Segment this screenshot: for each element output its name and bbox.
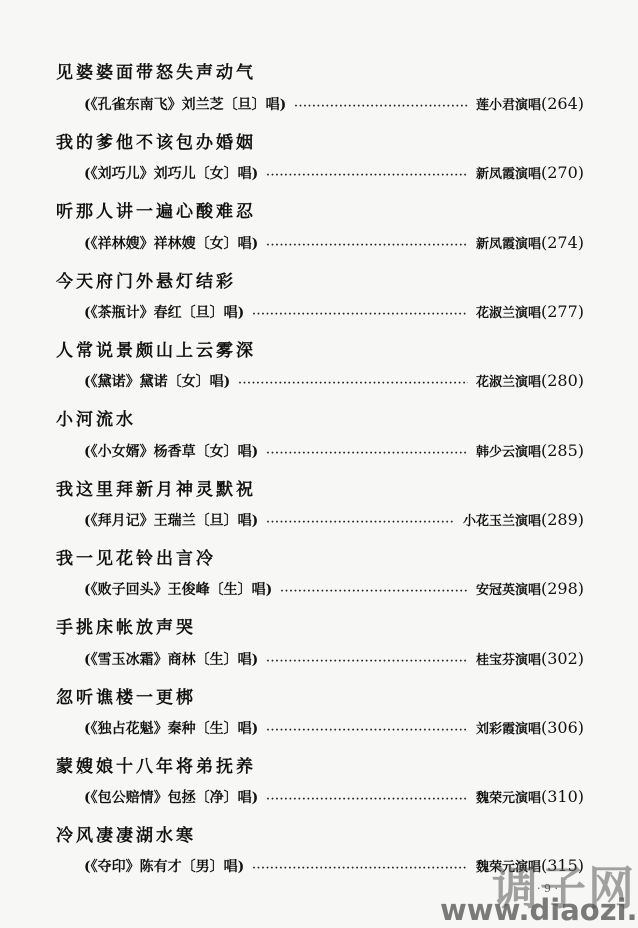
aria-source-line: (《茶瓶计》春红〔旦〕唱) 花淑兰演唱 (277) (84, 302, 584, 322)
opera-source: (《小女婿》杨香草〔女〕唱) (84, 441, 258, 461)
performer: 新凤霞演唱 (476, 233, 541, 252)
page-ref: (298) (541, 579, 584, 598)
performer: 桂宝芬演唱 (476, 649, 541, 668)
aria-title: 今天府门外悬灯结彩 (56, 267, 236, 292)
aria-source-line: (《孔雀东南飞》刘兰芝〔旦〕唱) 莲小君演唱 (264) (84, 94, 584, 114)
aria-title: 人常说景颇山上云雾深 (56, 336, 256, 361)
page-ref: (302) (541, 649, 584, 668)
aria-source-line: (《刘巧儿》刘巧儿〔女〕唱) 新凤霞演唱 (270) (84, 163, 584, 183)
performer: 小花玉兰演唱 (463, 510, 541, 529)
aria-source-line: (《败子回头》王俊峰〔生〕唱) 安冠英演唱 (298) (84, 579, 584, 599)
aria-source-line: (《雪玉冰霜》商林〔生〕唱) 桂宝芬演唱 (302) (84, 649, 584, 669)
leader-dots (266, 240, 468, 251)
page-ref: (289) (541, 510, 584, 529)
aria-title: 手挑床帐放声哭 (56, 613, 196, 638)
aria-title: 蒙嫂娘十八年将弟抚养 (56, 752, 256, 777)
aria-title: 听那人讲一遍心酸难忍 (56, 197, 256, 222)
aria-source-line: (《独占花魁》秦种〔生〕唱) 刘彩霞演唱 (306) (84, 718, 584, 738)
opera-source: (《夺印》陈有才〔男〕唱) (84, 856, 244, 876)
aria-source-line: (《拜月记》王瑞兰〔旦〕唱) 小花玉兰演唱 (289) (84, 510, 584, 530)
aria-source-line: (《小女婿》杨香草〔女〕唱) 韩少云演唱 (285) (84, 441, 584, 461)
performer: 韩少云演唱 (476, 441, 541, 460)
aria-title: 我这里拜新月神灵默祝 (56, 475, 256, 500)
leader-dots (266, 170, 468, 181)
aria-source-line: (《祥林嫂》祥林嫂〔女〕唱) 新凤霞演唱 (274) (84, 233, 584, 253)
page-ref: (310) (541, 787, 584, 806)
leader-dots (266, 794, 468, 805)
opera-source: (《败子回头》王俊峰〔生〕唱) (84, 579, 272, 599)
aria-title: 小河流水 (56, 405, 136, 430)
opera-source: (《祥林嫂》祥林嫂〔女〕唱) (84, 233, 258, 253)
toc-page: 见婆婆面带怒失声动气 (《孔雀东南飞》刘兰芝〔旦〕唱) 莲小君演唱 (264) … (0, 0, 638, 928)
performer: 安冠英演唱 (476, 579, 541, 598)
aria-title: 我一见花铃出言冷 (56, 544, 216, 569)
opera-source: (《黛诺》黛诺〔女〕唱) (84, 371, 230, 391)
leader-dots (238, 378, 468, 389)
aria-title: 见婆婆面带怒失声动气 (56, 58, 256, 83)
performer: 刘彩霞演唱 (476, 718, 541, 737)
page-ref: (277) (541, 302, 584, 321)
page-ref: (264) (541, 94, 584, 113)
performer: 魏荣元演唱 (476, 787, 541, 806)
page-ref: (285) (541, 441, 584, 460)
watermark-url: www.diaozi.com (440, 893, 638, 927)
performer: 花淑兰演唱 (476, 302, 541, 321)
leader-dots (280, 586, 468, 597)
performer: 新凤霞演唱 (476, 163, 541, 182)
leader-dots (252, 863, 468, 874)
leader-dots (266, 725, 468, 736)
aria-title: 冷风凄凄湖水寒 (56, 821, 196, 846)
page-ref: (280) (541, 371, 584, 390)
opera-source: (《雪玉冰霜》商林〔生〕唱) (84, 649, 258, 669)
aria-title: 我的爹他不该包办婚姻 (56, 128, 256, 153)
opera-source: (《刘巧儿》刘巧儿〔女〕唱) (84, 163, 258, 183)
opera-source: (《包公赔情》包拯〔净〕唱) (84, 787, 258, 807)
leader-dots (266, 656, 468, 667)
aria-title: 忽听谯楼一更梆 (56, 683, 196, 708)
leader-dots (266, 517, 455, 528)
opera-source: (《独占花魁》秦种〔生〕唱) (84, 718, 258, 738)
page-ref: (274) (541, 233, 584, 252)
leader-dots (294, 101, 468, 112)
performer: 花淑兰演唱 (476, 371, 541, 390)
page-ref: (270) (541, 163, 584, 182)
leader-dots (266, 448, 468, 459)
opera-source: (《茶瓶计》春红〔旦〕唱) (84, 302, 244, 322)
aria-source-line: (《包公赔情》包拯〔净〕唱) 魏荣元演唱 (310) (84, 787, 584, 807)
leader-dots (252, 309, 468, 320)
aria-source-line: (《黛诺》黛诺〔女〕唱) 花淑兰演唱 (280) (84, 371, 584, 391)
page-ref: (306) (541, 718, 584, 737)
opera-source: (《孔雀东南飞》刘兰芝〔旦〕唱) (84, 94, 286, 114)
opera-source: (《拜月记》王瑞兰〔旦〕唱) (84, 510, 258, 530)
performer: 莲小君演唱 (476, 94, 541, 113)
